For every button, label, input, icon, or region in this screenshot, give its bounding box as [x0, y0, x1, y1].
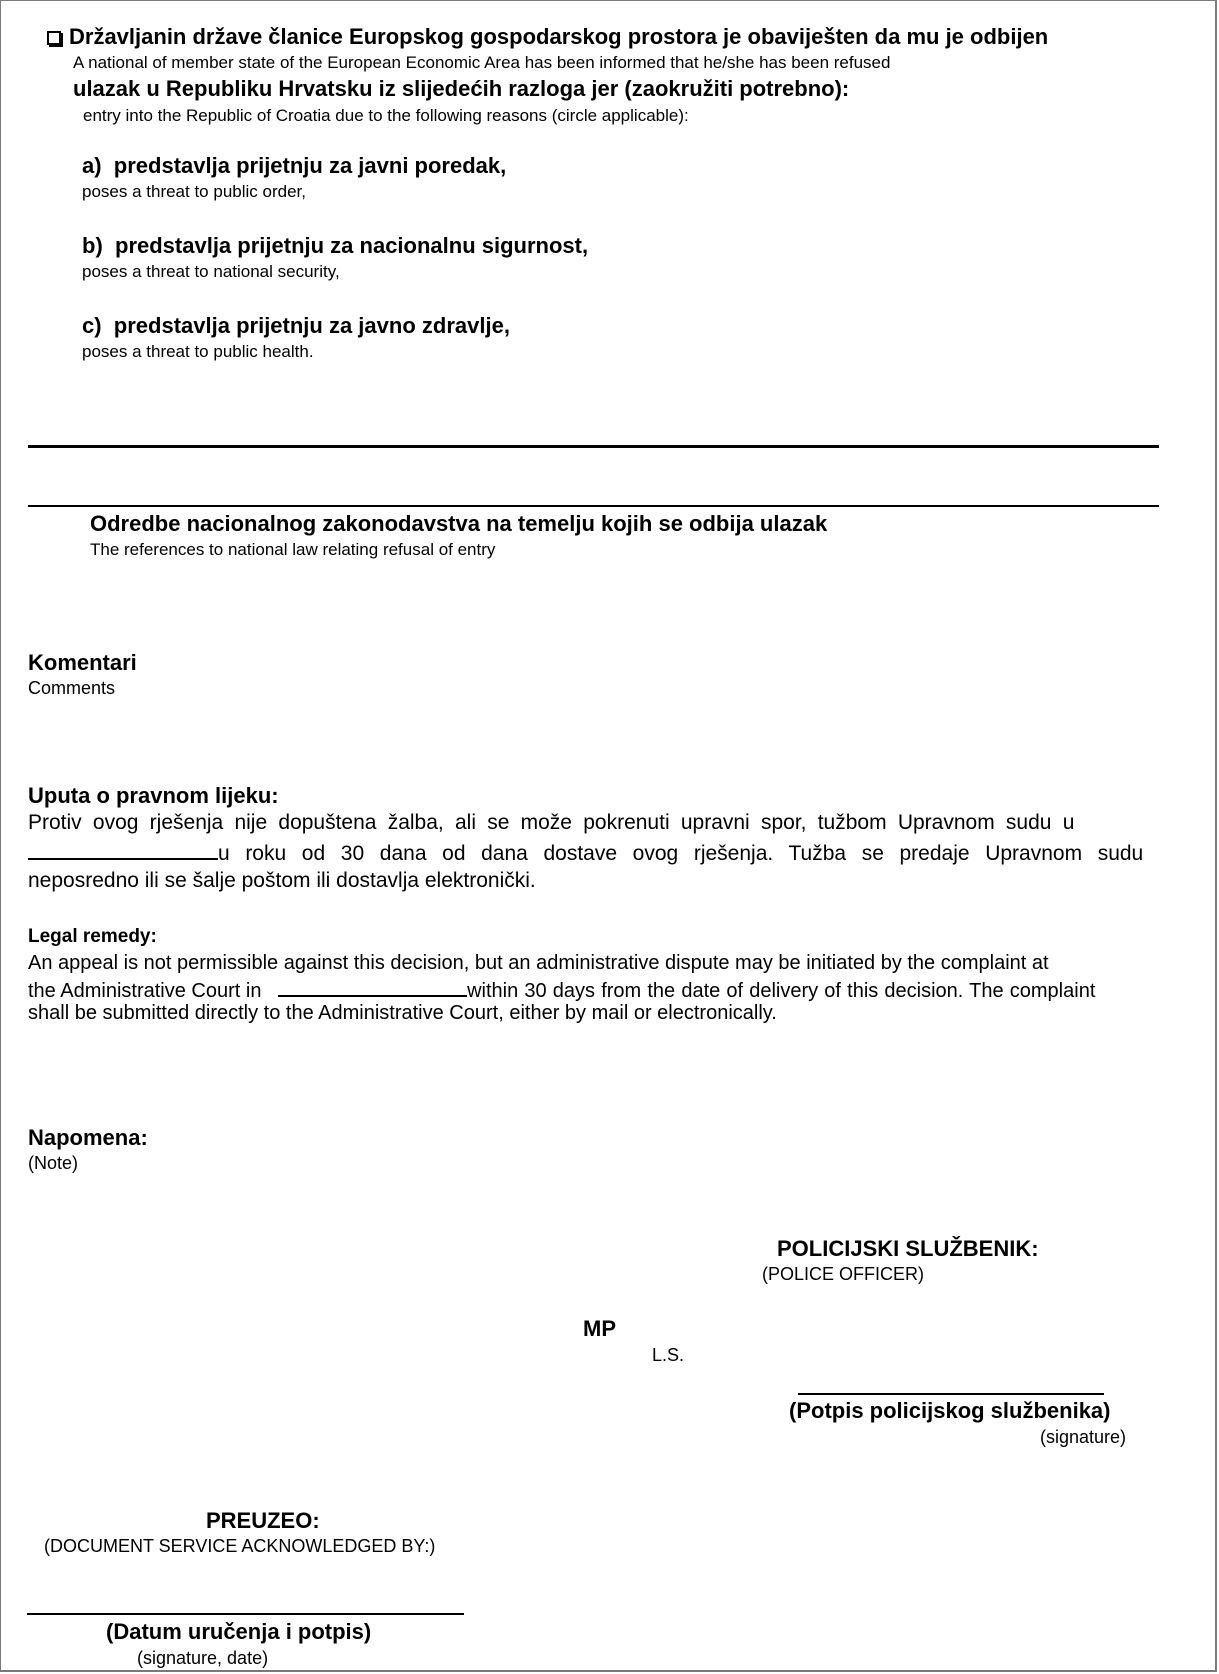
legal-remedy-heading-hr: Uputa o pravnom lijeku: — [28, 783, 279, 809]
header-title-hr-line1-text: Državljanin države članice Europskog gos… — [69, 24, 1048, 49]
reason-letter: b) — [82, 233, 103, 258]
court-field-hr[interactable] — [28, 840, 218, 860]
legal-remedy-en-line2: the Administrative Court in within 30 da… — [28, 977, 1203, 1003]
national-law-input-line[interactable] — [28, 505, 1159, 507]
national-law-label-en: The references to national law relating … — [90, 540, 495, 560]
separator-line — [28, 445, 1159, 448]
reason-a-en: poses a threat to public order, — [82, 182, 306, 202]
header-title-hr-line1: Državljanin države članice Europskog gos… — [47, 24, 1048, 50]
legal-remedy-hr-line2-text: u roku od 30 dana od dana dostave ovog r… — [218, 842, 1143, 865]
officer-signature-label-hr: (Potpis policijskog službenika) — [789, 1398, 1111, 1424]
note-label-hr: Napomena: — [28, 1125, 148, 1151]
reason-hr-text: predstavlja prijetnju za javno zdravlje, — [114, 313, 510, 338]
officer-signature-line[interactable] — [798, 1393, 1104, 1395]
legal-remedy-en-line2-after: within 30 days from the date of delivery… — [467, 980, 1095, 1002]
comments-label-en: Comments — [28, 678, 115, 699]
legal-remedy-hr-line1-text: Protiv ovog rješenja nije dopuštena žalb… — [28, 811, 1074, 835]
ballot-box-icon[interactable] — [47, 31, 61, 45]
header-title-en-line2: entry into the Republic of Croatia due t… — [83, 106, 689, 126]
header-title-hr-line2: ulazak u Republiku Hrvatsku iz slijedeći… — [73, 76, 849, 102]
header-title-en-line1: A national of member state of the Europe… — [73, 53, 890, 73]
legal-remedy-hr-line2: u roku od 30 dana od dana dostave ovog r… — [28, 840, 1203, 866]
reason-a[interactable]: a) predstavlja prijetnju za javni poreda… — [82, 153, 506, 179]
officer-title-en: (POLICE OFFICER) — [762, 1264, 924, 1285]
legal-remedy-en-line1: An appeal is not permissible against thi… — [28, 952, 1049, 975]
legal-remedy-heading-en: Legal remedy: — [28, 926, 157, 948]
comments-label-hr: Komentari — [28, 650, 137, 676]
acknowledged-title-hr: PREUZEO: — [206, 1508, 320, 1534]
refusal-of-entry-form-page: Državljanin države članice Europskog gos… — [0, 0, 1217, 1672]
reason-c[interactable]: c) predstavlja prijetnju za javno zdravl… — [82, 313, 510, 339]
legal-remedy-hr-line1: Protiv ovog rješenja nije dopuštena žalb… — [28, 811, 1203, 835]
acknowledged-signature-label-en: (signature, date) — [137, 1648, 268, 1669]
legal-remedy-en-line3: shall be submitted directly to the Admin… — [28, 1002, 777, 1025]
reason-letter: a) — [82, 153, 102, 178]
note-label-en: (Note) — [28, 1153, 78, 1174]
reason-b-en: poses a threat to national security, — [82, 262, 340, 282]
reason-c-en: poses a threat to public health. — [82, 342, 314, 362]
national-law-label-hr: Odredbe nacionalnog zakonodavstva na tem… — [90, 511, 827, 537]
stamp-label-en: L.S. — [652, 1345, 684, 1366]
stamp-label-hr: MP — [583, 1316, 616, 1342]
reason-hr-text: predstavlja prijetnju za javni poredak, — [114, 153, 506, 178]
reason-b[interactable]: b) predstavlja prijetnju za nacionalnu s… — [82, 233, 588, 259]
reason-hr-text: predstavlja prijetnju za nacionalnu sigu… — [115, 233, 588, 258]
acknowledged-signature-line[interactable] — [27, 1613, 464, 1615]
acknowledged-signature-label-hr: (Datum uručenja i potpis) — [106, 1619, 371, 1645]
reason-letter: c) — [82, 313, 102, 338]
legal-remedy-hr-line3: neposredno ili se šalje poštom ili dosta… — [28, 869, 536, 893]
acknowledged-title-en: (DOCUMENT SERVICE ACKNOWLEDGED BY:) — [44, 1536, 435, 1557]
court-field-en[interactable] — [278, 977, 467, 997]
officer-signature-label-en: (signature) — [1040, 1427, 1126, 1448]
legal-remedy-en-line2-before: the Administrative Court in — [28, 980, 261, 1002]
officer-title-hr: POLICIJSKI SLUŽBENIK: — [777, 1236, 1039, 1262]
